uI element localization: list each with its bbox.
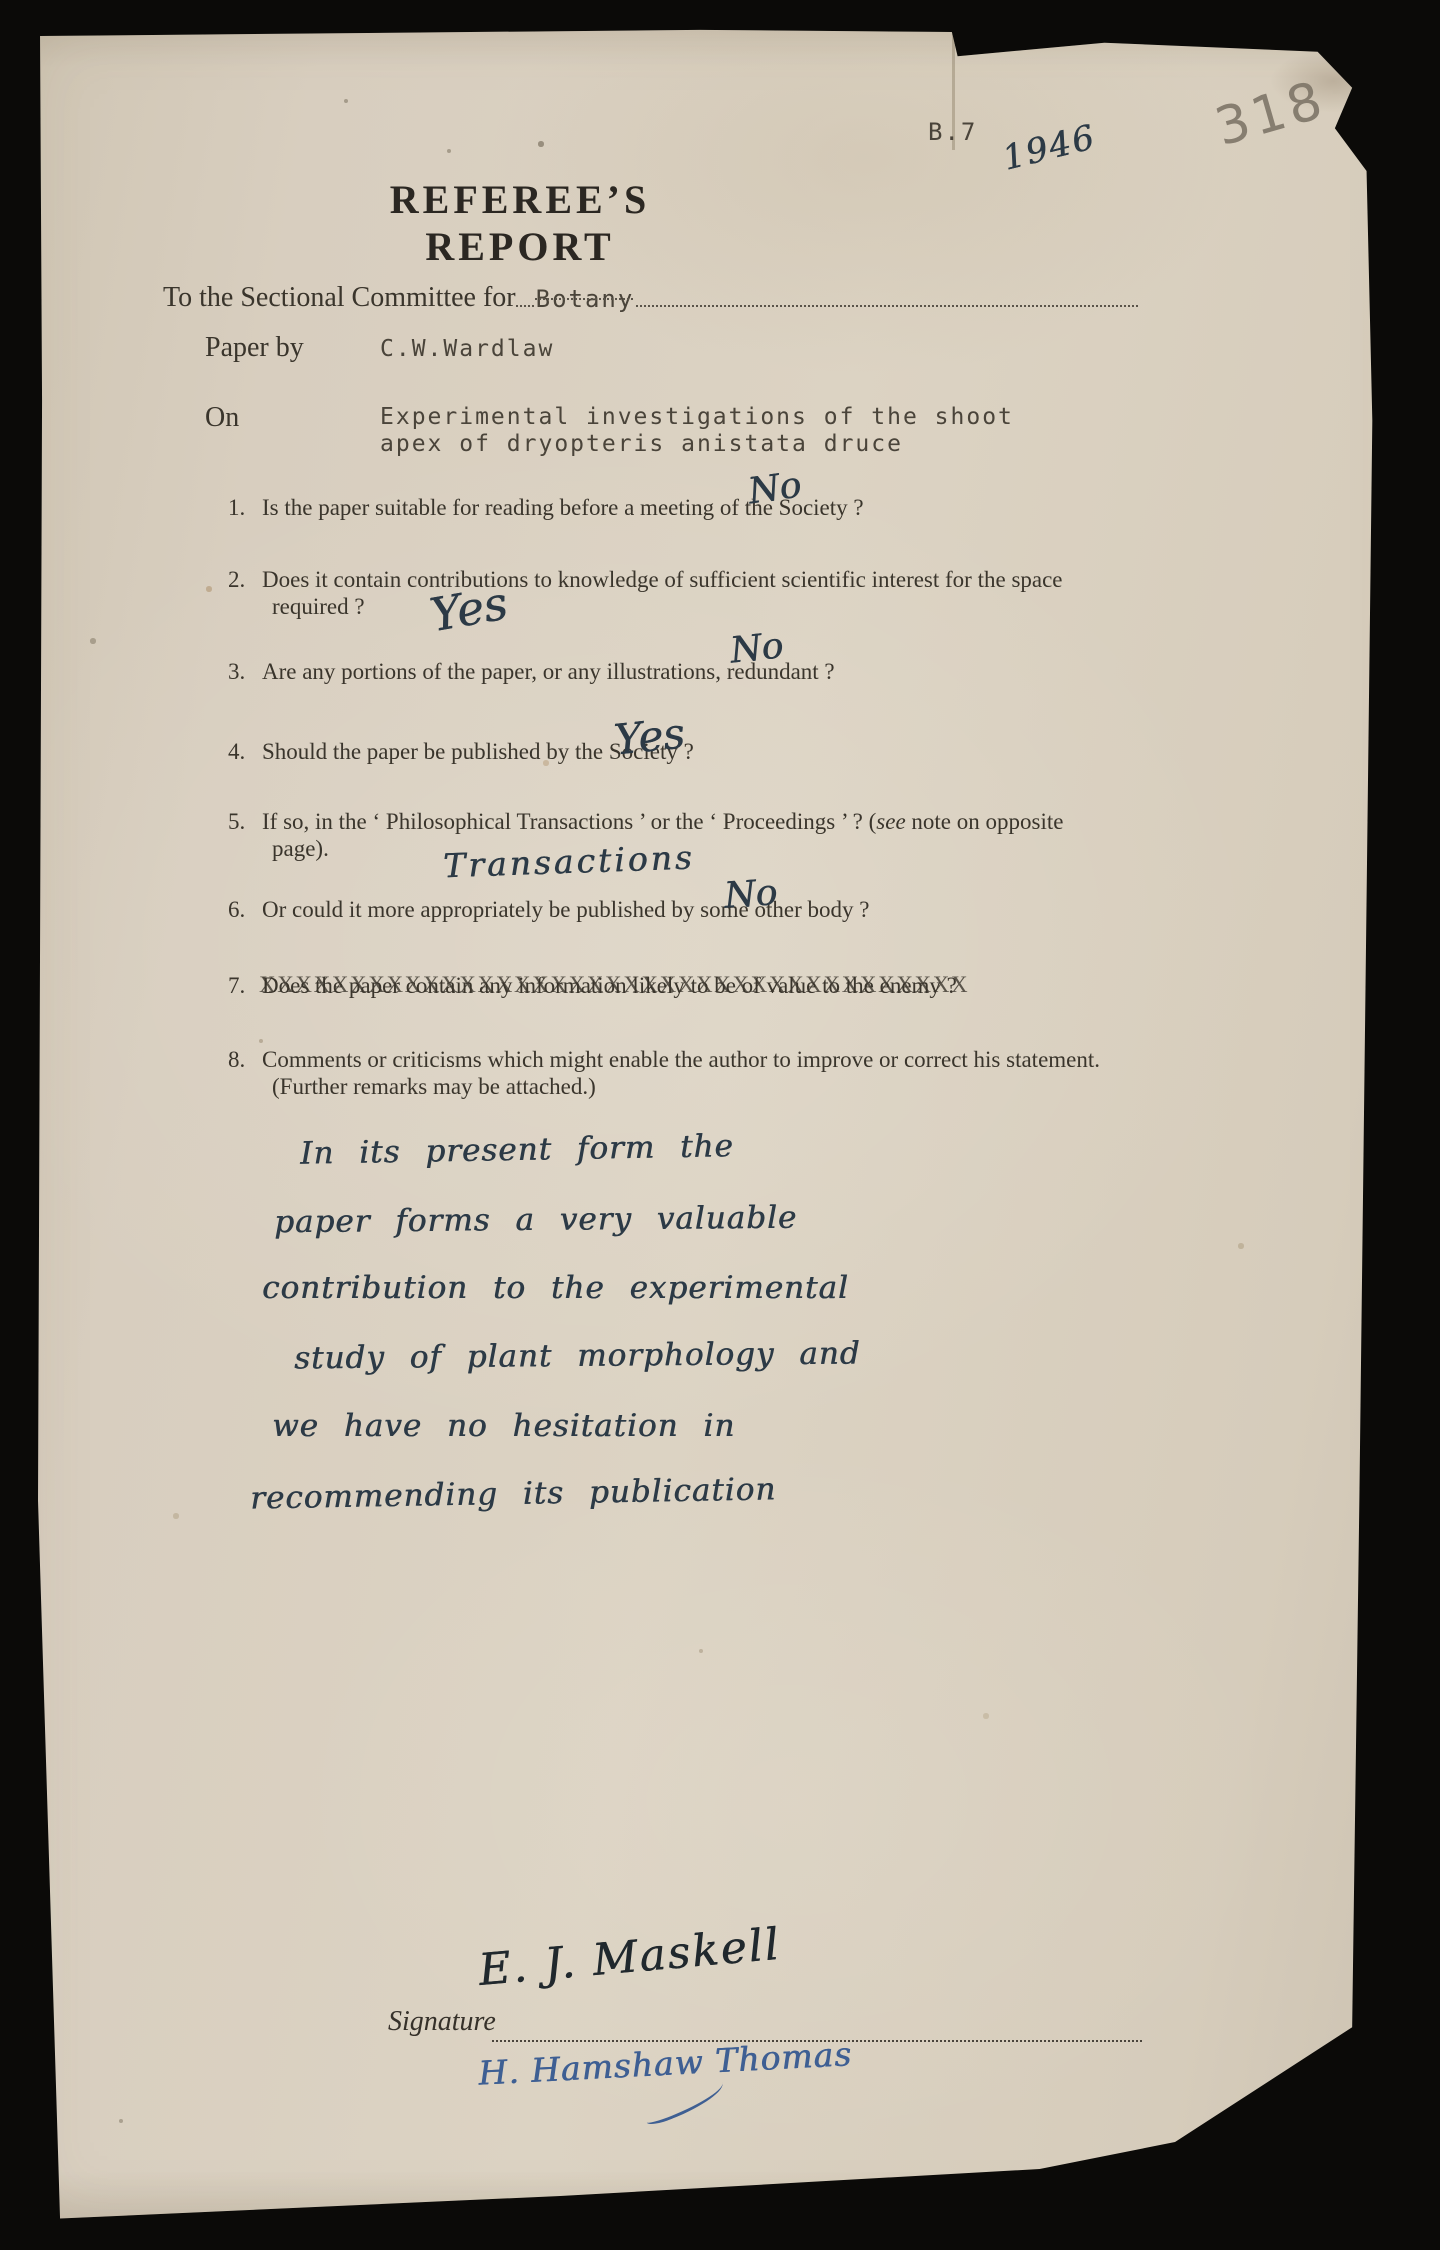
question-5-text: If so, in the ‘ Philosophical Transactio… <box>262 808 1063 835</box>
question-8-text: Comments or criticisms which might enabl… <box>262 1046 1100 1073</box>
answer-1: No <box>745 464 803 512</box>
question-8-text2: (Further remarks may be attached.) <box>272 1073 1100 1100</box>
handwritten-year: 1946 <box>999 117 1100 179</box>
paper-author: C.W.Wardlaw <box>380 336 554 362</box>
answer-4: Yes <box>612 708 687 764</box>
comment-line: we have no hesitation in <box>272 1408 735 1444</box>
dotted-rule <box>636 304 1138 307</box>
committee-label: To the Sectional Committee for <box>163 282 516 314</box>
question-7-text: Does the paper contain any information l… <box>262 972 957 999</box>
signature-primary: E. J. Maskell <box>476 1919 782 1996</box>
see-italic: see <box>876 809 905 834</box>
committee-line: To the Sectional Committee for Botany <box>163 282 1138 314</box>
paper-title-line2: apex of dryopteris anistata druce <box>380 431 1014 458</box>
signature-secondary: H. Hamshaw Thomas <box>477 2034 853 2093</box>
form-code: B.7 <box>928 118 977 146</box>
strikeout-x-overlay: XXXXXXXXXXXXXXXXXXXXXXXXXXXXXXXXXXXXXXXX… <box>259 971 968 998</box>
dotted-rule <box>516 304 534 307</box>
question-2: 2. Does it contain contributions to know… <box>228 566 1063 620</box>
on-label: On <box>205 402 239 434</box>
comment-line: study of plant morphology and <box>294 1336 861 1377</box>
comment-line: recommending its publication <box>250 1471 777 1516</box>
signature-label: Signature <box>388 2006 496 2038</box>
answer-6: No <box>723 872 779 917</box>
signature-flourish <box>641 2077 728 2128</box>
answer-2: Yes <box>426 576 511 643</box>
comment-line: paper forms a very valuable <box>274 1200 797 1241</box>
paper-sheet: B.7 1946 318 REFEREE’S REPORT To the Sec… <box>0 0 1440 2250</box>
question-8: 8. Comments or criticisms which might en… <box>228 1046 1100 1100</box>
answer-3: No <box>728 625 785 671</box>
question-7-struck: 7. Does the paper contain any informatio… <box>228 972 957 999</box>
answer-5: Transactions <box>442 838 695 886</box>
question-2-text: Does it contain contributions to knowled… <box>262 566 1063 593</box>
document-scan: B.7 1946 318 REFEREE’S REPORT To the Sec… <box>0 0 1440 2250</box>
question-2-text2: required ? <box>272 593 1063 620</box>
committee-value: Botany <box>536 285 635 313</box>
paper-specks <box>0 0 2 2</box>
paper-title-line1: Experimental investigations of the shoot <box>380 404 1014 431</box>
comment-line: contribution to the experimental <box>262 1270 849 1306</box>
paper-by-label: Paper by <box>205 332 304 364</box>
dog-ear-fold <box>1195 2023 1379 2144</box>
comment-line: In its present form the <box>300 1128 734 1172</box>
page-title: REFEREE’S REPORT <box>300 176 740 270</box>
paper-title-typed: Experimental investigations of the shoot… <box>380 404 1014 458</box>
pencil-page-number: 318 <box>1209 70 1332 158</box>
